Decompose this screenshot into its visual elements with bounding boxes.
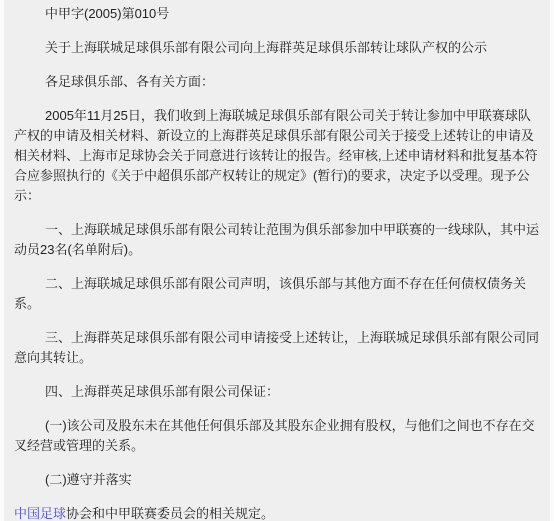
notice-page: 中甲字(2005)第010号 关于上海联城足球俱乐部有限公司向上海群英足球俱乐部…: [0, 0, 554, 521]
intro-paragraph: 2005年11月25日，我们收到上海联城足球俱乐部有限公司关于转让参加中甲联赛球…: [14, 106, 540, 206]
closing-tail-text: 协会和中甲联赛委员会的相关规定。: [66, 506, 274, 521]
page-right-edge: [550, 0, 554, 521]
salutation: 各足球俱乐部、各有关方面：: [14, 72, 540, 92]
item-2-paragraph: 二、上海联城足球俱乐部有限公司声明，该俱乐部与其他方面不存在任何债权债务关系。: [14, 274, 540, 314]
item-1-paragraph: 一、上海联城足球俱乐部有限公司转让范围为俱乐部参加中甲联赛的一线球队，其中运动员…: [14, 220, 540, 260]
item-4-paragraph: 四、上海群英足球俱乐部有限公司保证：: [14, 382, 540, 402]
china-football-link[interactable]: 中国足球: [14, 506, 66, 521]
closing-paragraph: 中国足球协会和中甲联赛委员会的相关规定。: [14, 504, 540, 521]
notice-content: 中甲字(2005)第010号 关于上海联城足球俱乐部有限公司向上海群英足球俱乐部…: [5, 0, 549, 521]
guarantee-2-paragraph: (二)遵守并落实: [14, 470, 540, 490]
doc-number: 中甲字(2005)第010号: [14, 4, 540, 24]
doc-title: 关于上海联城足球俱乐部有限公司向上海群英足球俱乐部转让球队产权的公示: [14, 38, 540, 58]
guarantee-1-paragraph: (一)该公司及股东未在其他任何俱乐部及其股东企业拥有股权，与他们之间也不存在交叉…: [14, 416, 540, 456]
page-left-edge: [0, 0, 4, 521]
item-3-paragraph: 三、上海群英足球俱乐部有限公司申请接受上述转让，上海联城足球俱乐部有限公司同意向…: [14, 328, 540, 368]
